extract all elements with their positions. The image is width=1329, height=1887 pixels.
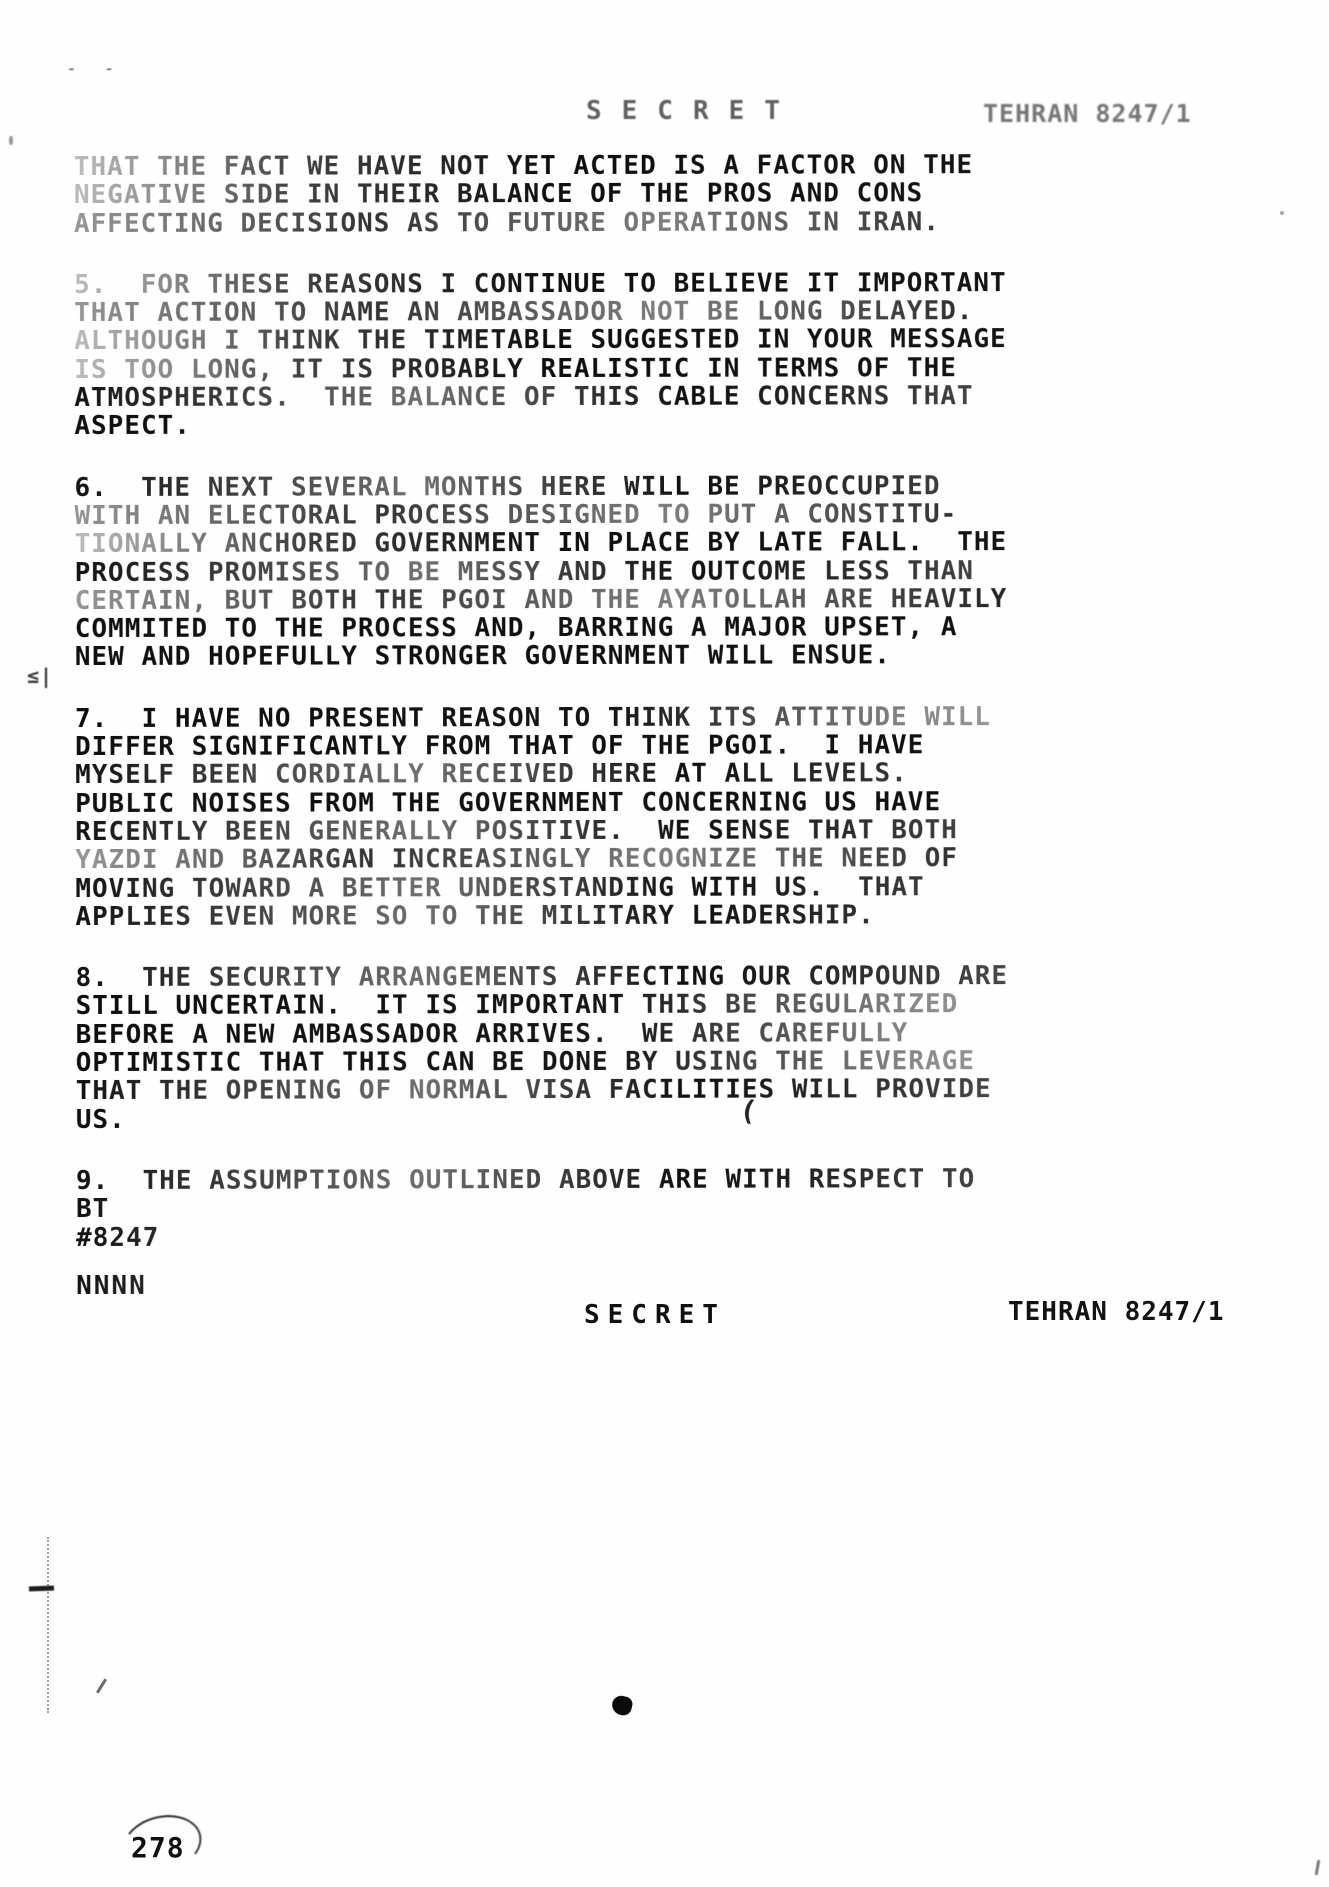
cable-line: ATMOSPHERICS. THE BALANCE OF THIS CABLE … [74,382,1064,412]
paragraph-7: 7. I HAVE NO PRESENT REASON TO THINK ITS… [75,703,1065,931]
cable-line: 5. FOR THESE REASONS I CONTINUE TO BELIE… [74,269,1064,299]
cable-line: WITH AN ELECTORAL PROCESS DESIGNED TO PU… [75,500,1065,530]
margin-dash-mark [29,1586,54,1592]
cable-line: IS TOO LONG, IT IS PROBABLY REALISTIC IN… [74,354,1064,384]
paragraph-5: 5. FOR THESE REASONS I CONTINUE TO BELIE… [74,269,1064,441]
paragraph-9: 9. THE ASSUMPTIONS OUTLINED ABOVE ARE WI… [76,1165,1066,1252]
paragraph-8: 8. THE SECURITY ARRANGEMENTS AFFECTING O… [75,962,1065,1134]
cable-body: THAT THE FACT WE HAVE NOT YET ACTED IS A… [74,151,1066,1300]
cable-line: NEGATIVE SIDE IN THEIR BALANCE OF THE PR… [74,179,1064,209]
cable-line: BEFORE A NEW AMBASSADOR ARRIVES. WE ARE … [76,1019,1066,1049]
cable-line: AFFECTING DECISIONS AS TO FUTURE OPERATI… [74,208,1064,238]
message-number: #8247 [76,1221,1066,1251]
scan-speck [9,136,13,145]
scanned-cable-page: SECRET TEHRAN 8247/1 THAT THE FACT WE HA… [0,0,1329,1887]
cable-line: STILL UNCERTAIN. IT IS IMPORTANT THIS BE… [76,990,1066,1020]
page-number: 278 [131,1831,185,1864]
margin-annotation: ≤| [27,664,53,688]
cable-line: THAT THE OPENING OF NORMAL VISA FACILITI… [76,1075,1066,1105]
cable-line: PUBLIC NOISES FROM THE GOVERNMENT CONCER… [75,788,1065,818]
top-classification-label: SECRET [586,96,800,126]
cable-line: 9. THE ASSUMPTIONS OUTLINED ABOVE ARE WI… [76,1165,1066,1195]
bottom-cable-reference: TEHRAN 8247/1 [1008,1297,1225,1327]
cable-line: APPLIES EVEN MORE SO TO THE MILITARY LEA… [75,901,1065,931]
cable-line: THAT ACTION TO NAME AN AMBASSADOR NOT BE… [74,297,1064,327]
corner-scratch-mark [1315,1860,1321,1875]
cable-line: CERTAIN, BUT BOTH THE PGOI AND THE AYATO… [75,585,1065,615]
cable-line: ALTHOUGH I THINK THE TIMETABLE SUGGESTED… [74,325,1064,355]
bt-marker: BT [76,1193,1066,1223]
cable-line: ASPECT. [74,410,1064,440]
ink-blot [610,1694,634,1717]
cable-line: DIFFER SIGNIFICANTLY FROM THAT OF THE PG… [75,731,1065,761]
cable-line: NEW AND HOPEFULLY STRONGER GOVERNMENT WI… [75,641,1065,671]
stray-tick-mark [96,1678,107,1693]
corner-dash-marks: - - [66,58,123,79]
cable-line: 8. THE SECURITY ARRANGEMENTS AFFECTING O… [75,962,1065,992]
cable-line: THAT THE FACT WE HAVE NOT YET ACTED IS A… [74,151,1064,181]
paragraph-6: 6. THE NEXT SEVERAL MONTHS HERE WILL BE … [74,472,1064,672]
cable-line: TIONALLY ANCHORED GOVERNMENT IN PLACE BY… [75,528,1065,558]
cable-line: MOVING TOWARD A BETTER UNDERSTANDING WIT… [75,872,1065,902]
cable-line: YAZDI AND BAZARGAN INCREASINGLY RECOGNIZ… [75,844,1065,874]
scan-speck [1280,211,1284,215]
cable-line: 6. THE NEXT SEVERAL MONTHS HERE WILL BE … [74,472,1064,502]
margin-dotted-line [47,1537,49,1713]
paragraph-continuation: THAT THE FACT WE HAVE NOT YET ACTED IS A… [74,151,1064,238]
cable-line: OPTIMISTIC THAT THIS CAN BE DONE BY USIN… [76,1047,1066,1077]
cable-line: COMMITED TO THE PROCESS AND, BARRING A M… [75,613,1065,643]
cable-line: MYSELF BEEN CORDIALLY RECEIVED HERE AT A… [75,759,1065,789]
cable-line: PROCESS PROMISES TO BE MESSY AND THE OUT… [75,557,1065,587]
bottom-classification-label: SECRET [584,1300,726,1330]
transmission-terminator: NNNN [76,1270,1066,1300]
top-cable-reference: TEHRAN 8247/1 [983,99,1192,128]
cable-line: 7. I HAVE NO PRESENT REASON TO THINK ITS… [75,703,1065,733]
cable-line: US. [76,1104,1066,1134]
cable-line: RECENTLY BEEN GENERALLY POSITIVE. WE SEN… [75,816,1065,846]
